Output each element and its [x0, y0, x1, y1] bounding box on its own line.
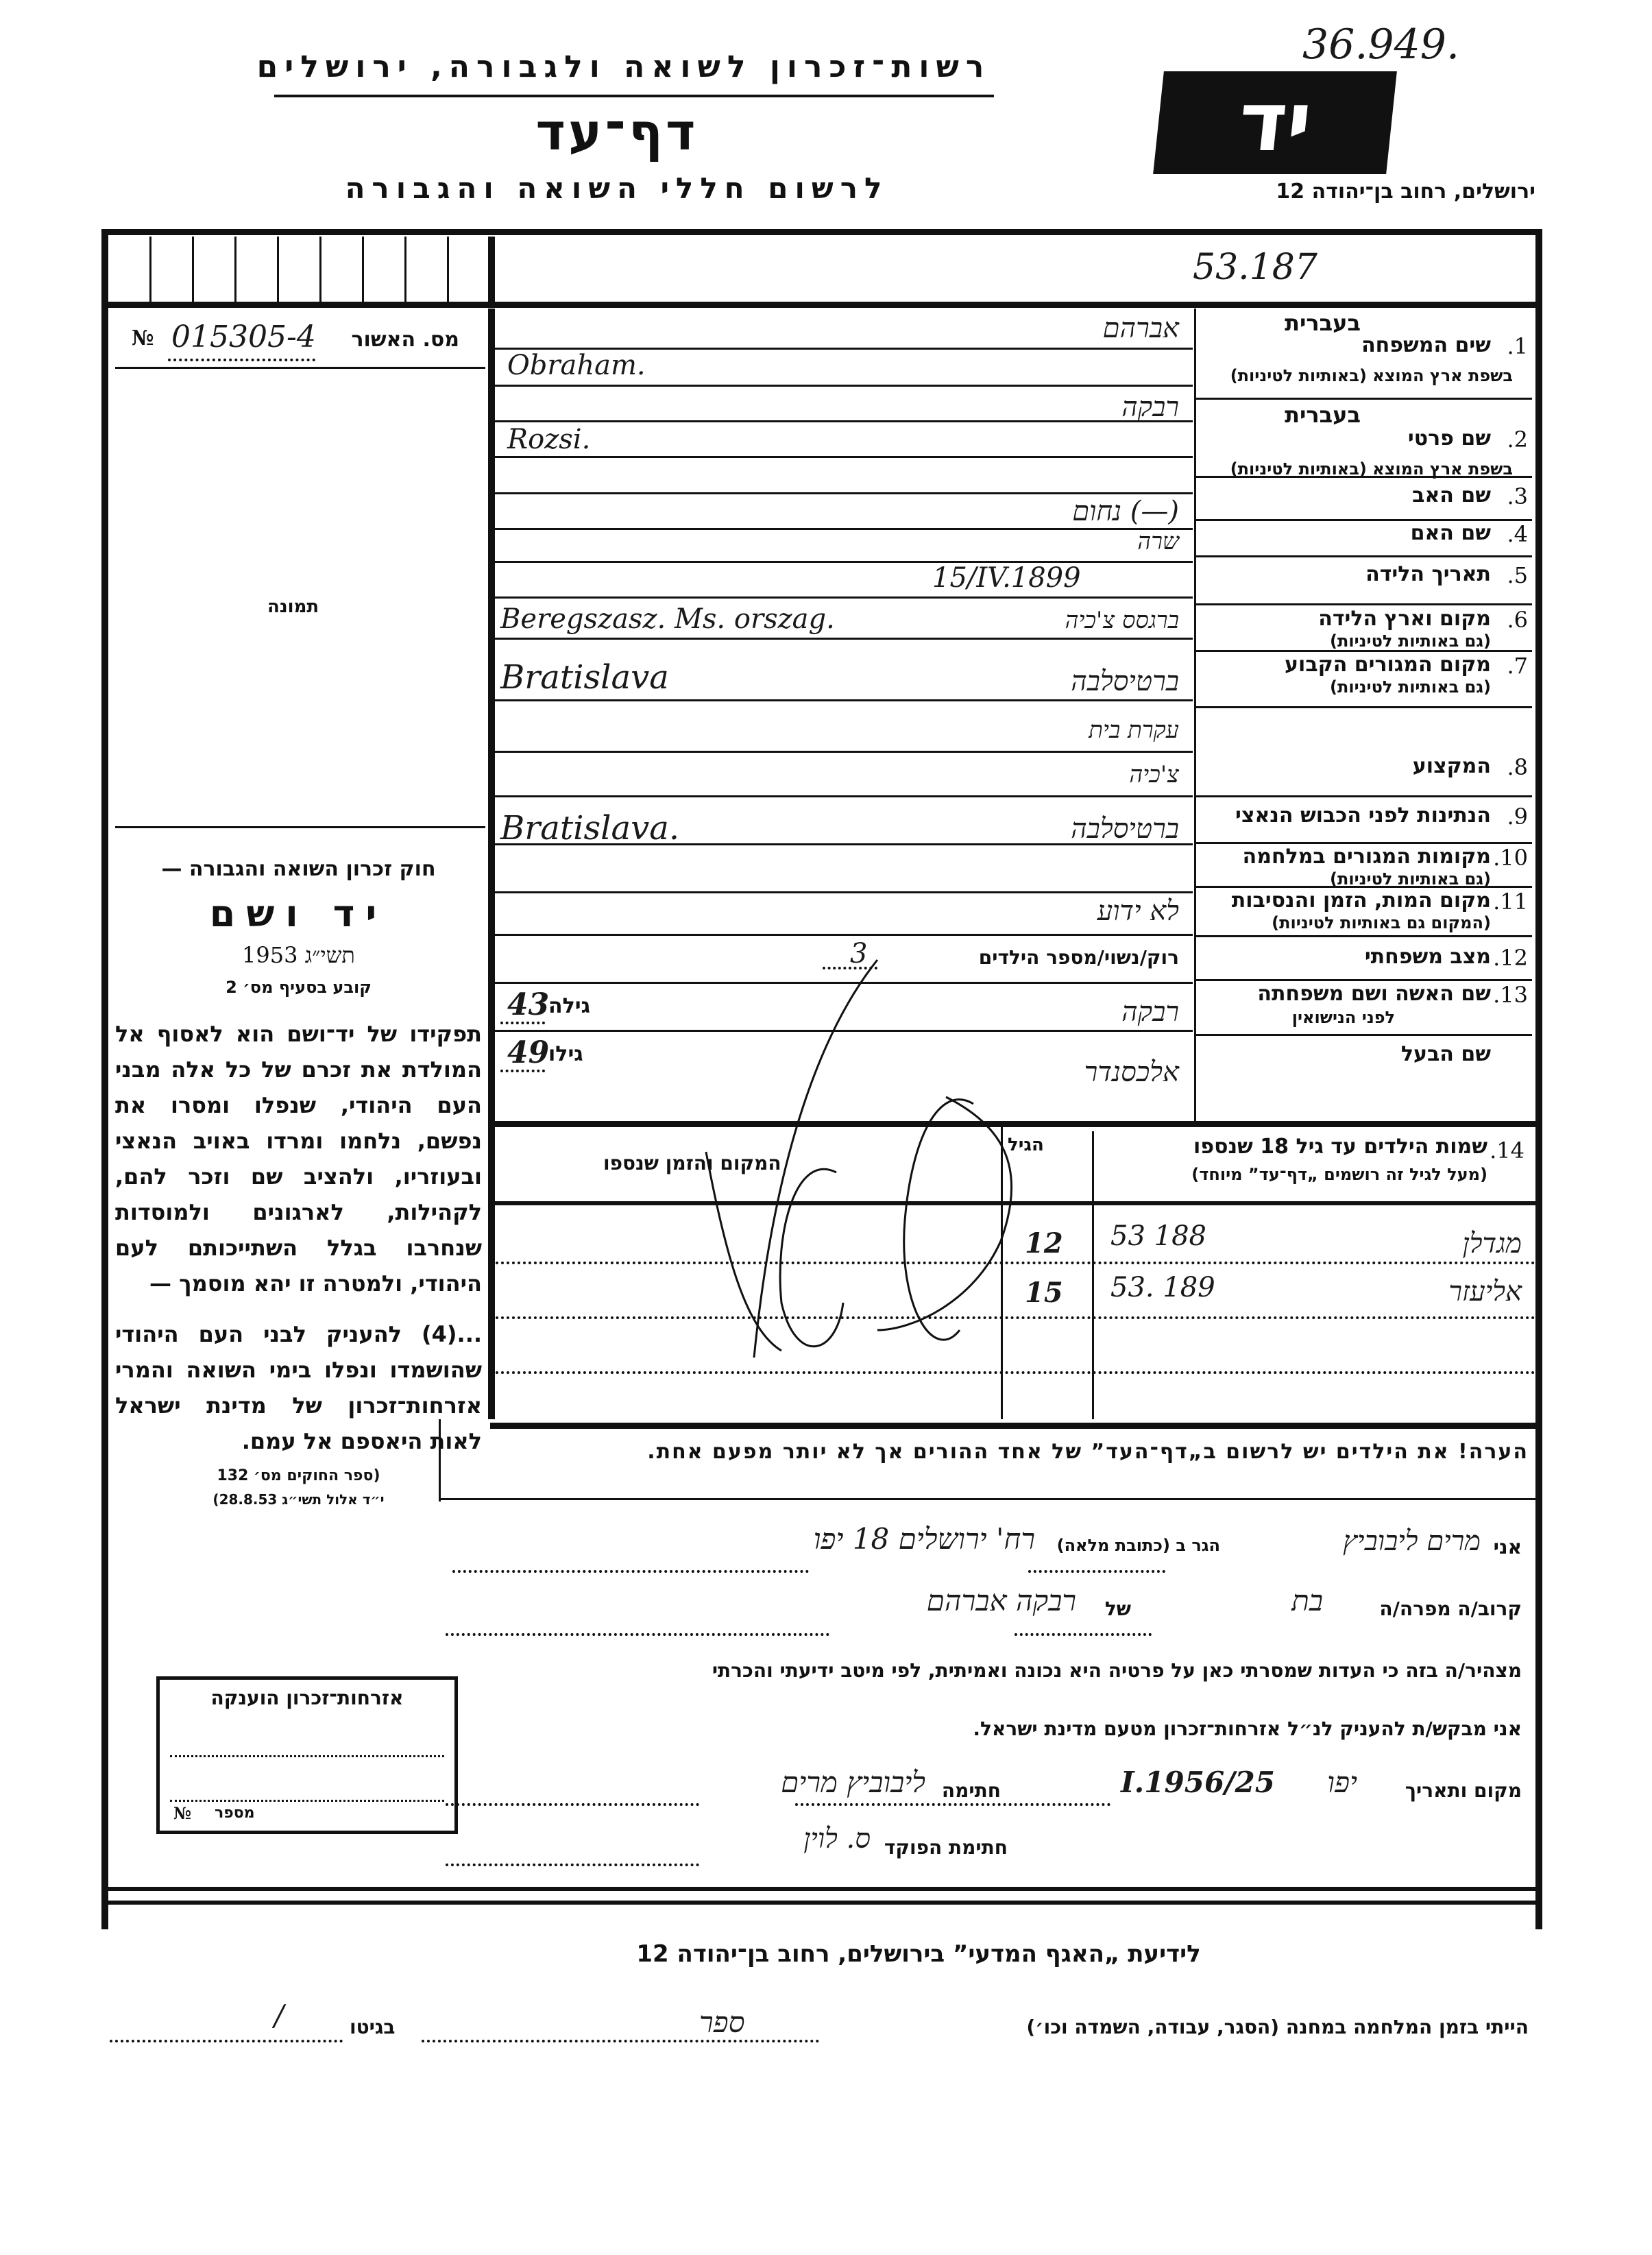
- date-value[interactable]: 25/I.1956: [1121, 1765, 1275, 1799]
- citizenship-title: אזרחות־זכרון הוענקה: [160, 1687, 454, 1709]
- husband-age-label: גילו: [548, 1042, 583, 1066]
- field-10-num: 10.: [1493, 845, 1528, 871]
- frame-right: [1535, 229, 1542, 1929]
- tick: [149, 237, 151, 302]
- field-12-label: מצב משפחתי: [1365, 945, 1491, 969]
- tick: [404, 237, 406, 302]
- row-rule: [1196, 603, 1532, 605]
- registration-note: הערה! את הילדים יש לרשום ב„דף־העד” של אח…: [507, 1440, 1529, 1464]
- value-rule: [490, 596, 1193, 599]
- field-11-value[interactable]: לא ידוע: [891, 895, 1179, 927]
- of-dots: [446, 1633, 829, 1636]
- approval-number-field: № 015305-4 מס. האשור: [117, 322, 480, 357]
- field-3-num: 3.: [1507, 483, 1528, 509]
- photo-label: תמונה: [267, 596, 319, 617]
- frame-left: [101, 229, 108, 1929]
- row-rule: [1196, 555, 1532, 557]
- place-value[interactable]: יפו: [1327, 1765, 1357, 1800]
- camp-dots: [422, 2040, 819, 2042]
- row-rule: [1196, 706, 1532, 708]
- citizenship-number-label: מספר: [215, 1805, 255, 1822]
- law-box: חוק זכרון השואה והגבורה — יד ושם תשי״ג 1…: [115, 857, 482, 1508]
- field-9-num: 9.: [1507, 804, 1528, 830]
- children-section-subtitle: (מעל לגיל זה רושמים „דף־עד” מיוחד): [1191, 1165, 1487, 1184]
- law-clause: קובע בסעיף מס׳ 2: [115, 978, 482, 997]
- tick: [234, 237, 236, 302]
- tick: [192, 237, 194, 302]
- citizenship-box: אזרחות־זכרון הוענקה № מספר: [156, 1676, 458, 1834]
- field-1-value-hebrew[interactable]: אברהם: [823, 312, 1179, 344]
- field-4-value[interactable]: שרה: [823, 528, 1179, 555]
- field-6-sublabel: (גם באותיות לטיניות): [1330, 631, 1491, 651]
- field-6-label: מקום וארץ הלידה: [1318, 607, 1491, 631]
- law-name: יד ושם: [115, 892, 482, 935]
- field-7-label: מקום המגורים הקבוע: [1285, 653, 1491, 677]
- of-label: של: [1105, 1597, 1131, 1620]
- field-12-num: 12.: [1493, 945, 1528, 971]
- approval-number-label: מס. האשור: [352, 328, 460, 352]
- law-paragraph-1: תפקידו של יד־ושם הוא לאסוף אל המולדת את …: [115, 1016, 482, 1301]
- field-6-num: 6.: [1507, 607, 1528, 633]
- field-1-tag: בעברית: [1285, 310, 1361, 336]
- archive-number: 36.949.: [1302, 21, 1459, 69]
- header-rule: [274, 95, 994, 97]
- field-2-label: שם פרטי: [1408, 426, 1491, 450]
- value-rule: [490, 795, 1193, 797]
- child-2-ref[interactable]: 53. 189: [1110, 1272, 1215, 1303]
- form-title: דף־עד: [480, 103, 754, 162]
- law-date: י״ד אלול תשי״ג 28.8.53): [115, 1491, 482, 1508]
- field-13-num: 13.: [1493, 982, 1528, 1008]
- officer-signature-label: חתימת הפוקד: [884, 1836, 1008, 1859]
- field-2-tag: בעברית: [1285, 402, 1361, 428]
- ghetto-dots: [110, 2040, 343, 2042]
- value-rule: [490, 891, 1193, 893]
- field-2-num: 2.: [1507, 426, 1528, 453]
- photo-bottom-rule: [115, 826, 485, 828]
- field-7-value-hebrew[interactable]: ברטיסלבה: [891, 665, 1179, 697]
- field-8-num: 8.: [1507, 754, 1528, 780]
- wife-age-label: גילה: [548, 994, 590, 1018]
- value-rule: [490, 638, 1193, 640]
- signature-dots: [446, 1803, 699, 1806]
- form-number: 53.187: [1193, 247, 1317, 288]
- husband-age-dots: [500, 1070, 545, 1072]
- place-date-dots: [795, 1803, 1110, 1806]
- child-1-ref[interactable]: 53 188: [1110, 1220, 1206, 1252]
- value-rule: [490, 385, 1193, 387]
- field-1-label: שים המשפחה: [1361, 333, 1491, 357]
- resident-label: הגר ב (כתובת מלאה): [1057, 1536, 1220, 1555]
- citizenship-line-1: [170, 1755, 444, 1757]
- row-rule: [1196, 795, 1532, 797]
- ghetto-label: בגיטו: [350, 2016, 395, 2038]
- signature-scribble: [617, 946, 1097, 1371]
- ghetto-value[interactable]: /: [274, 1999, 284, 2032]
- field-10-label: מקומות המגורים במלחמה: [1243, 845, 1491, 869]
- declarant-name[interactable]: מרים ליבוביץ: [1343, 1525, 1481, 1557]
- wife-age-value[interactable]: 43: [507, 987, 549, 1022]
- row-rule: [1196, 476, 1532, 478]
- law-source: (ספר החוקים מס׳ 132: [115, 1467, 482, 1484]
- field-7-sublabel: (גם באותיות לטיניות): [1330, 677, 1491, 697]
- field-11-label: מקום המות, הזמן והנסיבות: [1232, 889, 1491, 913]
- field-11-num: 11.: [1493, 889, 1528, 915]
- footer-camp-line: הייתי בזמן המלחמה במחנה (הסגר, עבודה, הש…: [850, 2016, 1529, 2038]
- value-rule: [490, 492, 1193, 494]
- husband-age-value[interactable]: 49: [507, 1035, 549, 1070]
- signature-label: חתימה: [942, 1779, 1001, 1802]
- signature-value[interactable]: ליבוביץ מרים: [781, 1765, 925, 1800]
- value-rule: [490, 934, 1193, 936]
- field-2-value-hebrew[interactable]: רבקה: [823, 391, 1179, 423]
- field-7-num: 7.: [1507, 653, 1528, 679]
- field-3-label: שם האב: [1412, 483, 1491, 507]
- frame-top: [101, 229, 1541, 235]
- row-rule: [1196, 886, 1532, 888]
- declaration-statement: מצהיר/ה בזה כי העדות שמסרתי כאן על פרטיה…: [712, 1659, 1522, 1682]
- law-title: חוק זכרון השואה והגבורה —: [115, 857, 482, 881]
- approval-number-value: 015305-4: [171, 319, 316, 354]
- form-subtitle: לרשום חללי השואה והגבורה: [288, 171, 946, 205]
- field-6-value-hebrew[interactable]: ברגסס צ'כיה: [891, 607, 1179, 634]
- value-rule: [490, 751, 1193, 753]
- field-8-value[interactable]: עקרת בית: [891, 716, 1179, 744]
- declarant-name-dots: [1028, 1570, 1165, 1573]
- address: ירושלים, רחוב בן־יהודה 12: [1152, 180, 1535, 204]
- field-13-label: שם האשה ושם משפחתה: [1257, 982, 1491, 1006]
- children-section-title: שמות הילדים עד גיל 18 שנספו: [1193, 1135, 1487, 1159]
- note-top-rule: [490, 1423, 1539, 1429]
- footer-title: לידיעת „האגף המדעי” בירושלים, רחוב בן־יה…: [439, 1940, 1398, 1968]
- row-rule: [1196, 979, 1532, 981]
- tick: [277, 237, 279, 302]
- place-date-label: מקום ותאריך: [1405, 1779, 1522, 1802]
- value-rule: [490, 699, 1193, 701]
- row-rule: [1196, 935, 1532, 937]
- value-rule: [490, 561, 1193, 563]
- field-8-label: המקצוע: [1413, 754, 1491, 778]
- field-4-num: 4.: [1507, 521, 1528, 547]
- number-sign: №: [132, 326, 154, 350]
- tick: [319, 237, 321, 302]
- values-left-border: [488, 309, 490, 1121]
- field-2: בעברית 2. שם פרטי בשפת ארץ המוצא (באותיו…: [1196, 399, 1532, 495]
- field-10-value-hebrew[interactable]: ברטיסלבה: [891, 812, 1179, 845]
- field-11-sublabel: (המקום גם באותיות לטיניות): [1272, 913, 1491, 932]
- field-5-value[interactable]: 15/IV.1899: [932, 562, 1081, 594]
- bottom-rule-2: [101, 1901, 1541, 1905]
- field-1-num: 1.: [1507, 333, 1528, 359]
- child-row-rule: [490, 1371, 1535, 1374]
- law-year: תשי״ג 1953: [115, 942, 482, 968]
- address-value[interactable]: רח' ירושלים 18 יפו: [814, 1522, 1035, 1556]
- declaration: אני מרים ליבוביץ הגר ב (כתובת מלאה) רח' …: [439, 1515, 1529, 1872]
- value-rule: [490, 456, 1193, 458]
- field-1-sublabel: בשפת ארץ המוצא (באותיות לטיניות): [1230, 366, 1513, 385]
- field-6-value-latin[interactable]: Beregszasz. Ms. orszag.: [500, 603, 835, 635]
- field-4-label: שם האם: [1411, 521, 1491, 545]
- child-1-name[interactable]: מגדלן: [1268, 1227, 1522, 1259]
- officer-signature-value[interactable]: ס. לוין: [803, 1822, 871, 1855]
- row-rule: [1196, 1034, 1532, 1036]
- declaration-request: אני מבקש/ת להעניק לנ״ל אזרחות־זכרון מטעם…: [973, 1717, 1522, 1740]
- children-section-num: 14.: [1490, 1137, 1525, 1163]
- field-1: בעברית 1. שים המשפחה בשפת ארץ המוצא (באו…: [1196, 309, 1532, 398]
- footer-camp-value[interactable]: ספר: [699, 2005, 745, 2040]
- tick-row-bottom: [101, 302, 1541, 308]
- tick: [362, 237, 364, 302]
- field-husband-label: שם הבעל: [1401, 1042, 1491, 1066]
- relation-label: קרוב/ה מפרה/ה: [1379, 1597, 1522, 1620]
- row-rule: [1196, 650, 1532, 652]
- declaration-i-label: אני: [1494, 1536, 1522, 1558]
- field-10-value-latin[interactable]: Bratislava.: [500, 809, 679, 847]
- note-bottom-rule: [439, 1498, 1539, 1500]
- relation-dots: [1015, 1633, 1152, 1636]
- field-3-value[interactable]: (—) נחום: [823, 495, 1179, 527]
- organization-name: רשות־זכרון לשואה ולגבורה, ירושלים: [254, 49, 994, 84]
- field-9-label: הנתינות לפני הכבוש הנאצי: [1235, 804, 1491, 828]
- bottom-rule-1: [101, 1887, 1541, 1891]
- officer-dots: [446, 1864, 699, 1866]
- address-dots: [452, 1570, 809, 1573]
- field-13-sublabel: לפני הנישואין: [1292, 1008, 1395, 1027]
- law-paragraph-2: ...(4) להעניק לבני העם היהודי שהושמדו ונ…: [115, 1316, 482, 1459]
- row-rule: [1196, 842, 1532, 844]
- relation-value[interactable]: בת: [1291, 1584, 1323, 1618]
- tick: [488, 237, 495, 302]
- citizenship-line-2: [170, 1800, 444, 1802]
- field-5-label: תאריך הלידה: [1365, 562, 1491, 586]
- citizenship-number-sign: №: [173, 1803, 191, 1823]
- wife-age-dots: [500, 1022, 545, 1024]
- yad-vashem-logo: יד ושם: [1153, 71, 1397, 174]
- of-value[interactable]: רבקה אברהם: [927, 1584, 1076, 1618]
- approval-rule: [115, 367, 485, 369]
- field-9-value[interactable]: צ'כיה: [891, 761, 1179, 788]
- child-2-name[interactable]: אליעזר: [1268, 1275, 1522, 1307]
- field-7-value-latin[interactable]: Bratislava: [500, 658, 669, 697]
- field-5-num: 5.: [1507, 562, 1528, 588]
- approval-dots: [168, 359, 315, 361]
- field-2-value-latin[interactable]: Rozsi.: [507, 424, 590, 455]
- note-left-border: [439, 1419, 441, 1502]
- field-1-value-latin[interactable]: Obraham.: [507, 350, 646, 381]
- tick: [447, 237, 449, 302]
